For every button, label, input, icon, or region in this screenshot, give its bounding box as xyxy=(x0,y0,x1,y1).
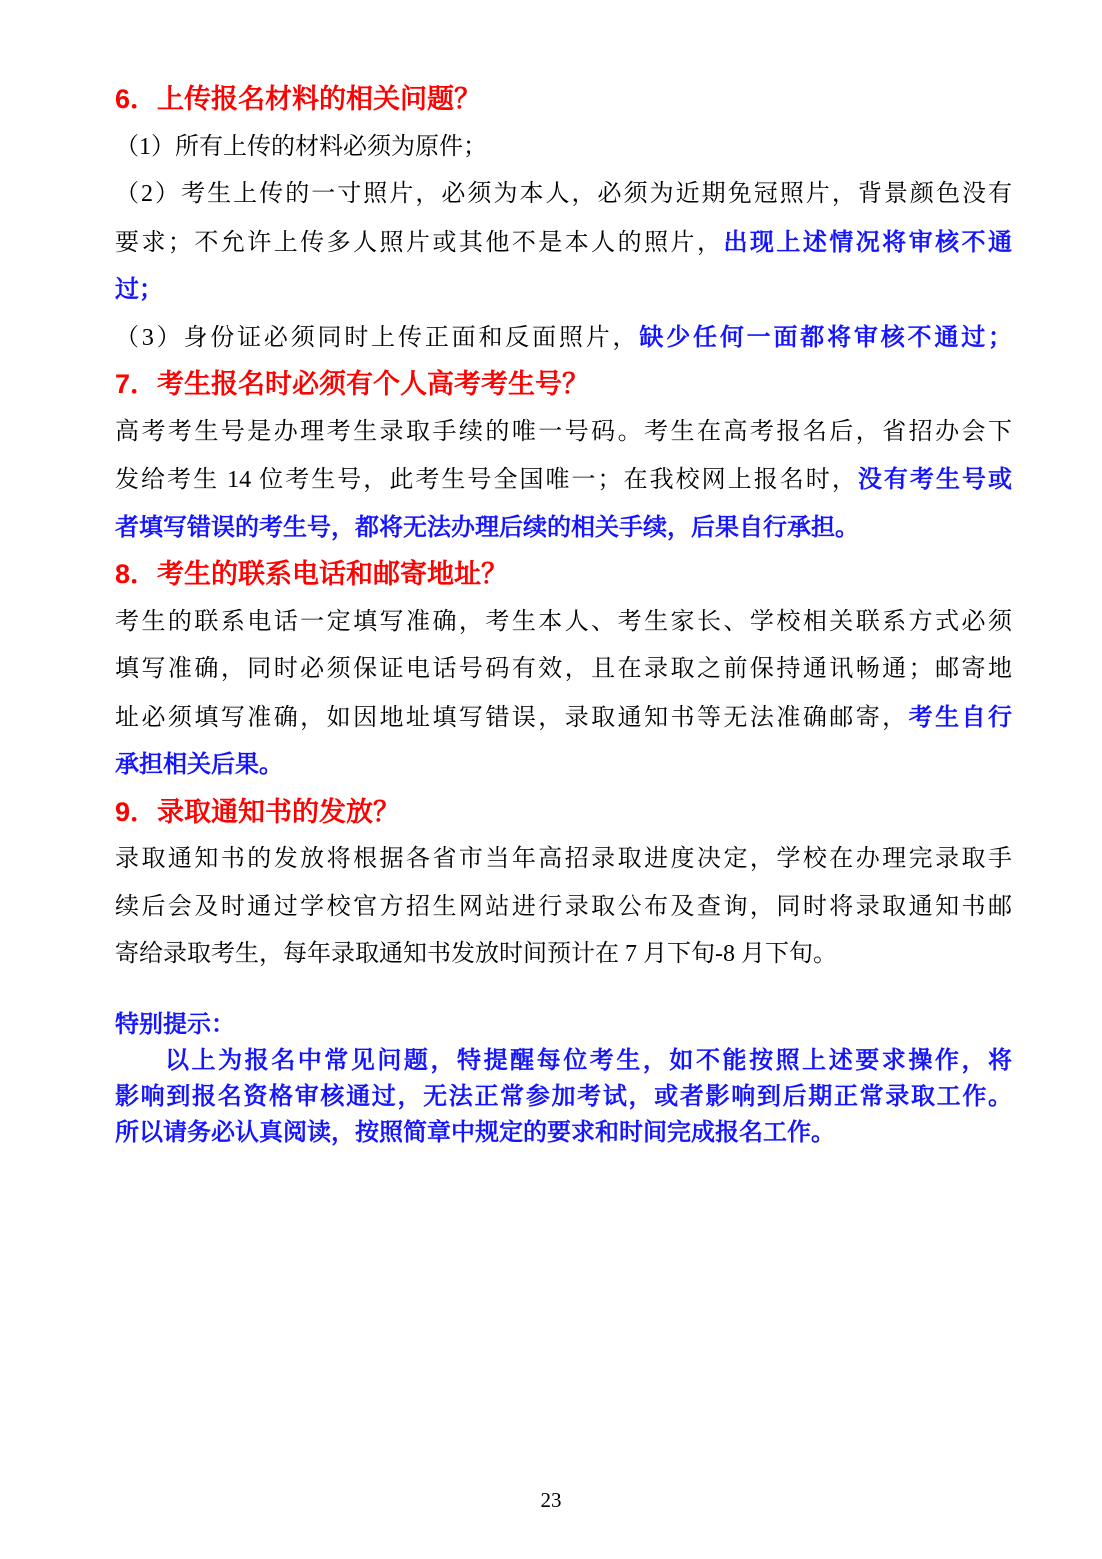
question-7-heading: 7．考生报名时必须有个人高考考生号？ xyxy=(115,361,1012,409)
q6-item-3-text: （3）身份证必须同时上传正面和反面照片， xyxy=(115,325,639,351)
q6-item-2-line-1: （2）考生上传的一寸照片，必须为本人，必须为近期免冠照片，背景颜色没有 xyxy=(115,171,1012,219)
q9-line-1: 录取通知书的发放将根据各省市当年高招录取进度决定，学校在办理完录取手 xyxy=(115,836,1012,884)
faq-content: 6．上传报名材料的相关问题？ （1）所有上传的材料必须为原件； （2）考生上传的… xyxy=(115,76,1012,979)
special-notice-line-3: 所以请务必认真阅读，按照简章中规定的要求和时间完成报名工作。 xyxy=(115,1115,1012,1151)
document-page: 6．上传报名材料的相关问题？ （1）所有上传的材料必须为原件； （2）考生上传的… xyxy=(0,0,1102,1559)
q8-line-3-emphasis: 考生自行 xyxy=(909,704,1012,731)
q9-line-3: 寄给录取考生，每年录取通知书发放时间预计在 7 月下旬-8 月下旬。 xyxy=(115,931,1012,979)
q7-line-2-emphasis: 没有考生号或 xyxy=(858,466,1012,493)
special-notice-line-2: 影响到报名资格审核通过，无法正常参加考试，或者影响到后期正常录取工作。 xyxy=(115,1079,1012,1115)
q7-line-2-text: 发给考生 14 位考生号，此考生号全国唯一；在我校网上报名时， xyxy=(115,467,858,493)
q6-item-2-line-3-emphasis: 过； xyxy=(115,266,1012,314)
q9-line-2: 续后会及时通过学校官方招生网站进行录取公布及查询，同时将录取通知书邮 xyxy=(115,884,1012,932)
q8-line-2: 填写准确，同时必须保证电话号码有效，且在录取之前保持通讯畅通；邮寄地 xyxy=(115,646,1012,694)
q6-item-3-emphasis: 缺少任何一面都将审核不通过； xyxy=(639,324,1012,351)
q8-line-3: 址必须填写准确，如因地址填写错误，录取通知书等无法准确邮寄，考生自行 xyxy=(115,694,1012,742)
q8-line-1: 考生的联系电话一定填写准确，考生本人、考生家长、学校相关联系方式必须 xyxy=(115,599,1012,647)
special-notice-title: 特别提示： xyxy=(115,1007,1012,1043)
q7-line-1: 高考考生号是办理考生录取手续的唯一号码。考生在高考报名后，省招办会下 xyxy=(115,409,1012,457)
q7-line-3-emphasis: 者填写错误的考生号，都将无法办理后续的相关手续，后果自行承担。 xyxy=(115,504,1012,552)
question-8-heading: 8．考生的联系电话和邮寄地址？ xyxy=(115,551,1012,599)
special-notice-line-1: 以上为报名中常见问题，特提醒每位考生，如不能按照上述要求操作，将 xyxy=(115,1043,1012,1079)
q6-item-1: （1）所有上传的材料必须为原件； xyxy=(115,124,1012,172)
q7-line-2: 发给考生 14 位考生号，此考生号全国唯一；在我校网上报名时，没有考生号或 xyxy=(115,456,1012,504)
q8-line-4-emphasis: 承担相关后果。 xyxy=(115,741,1012,789)
question-9-heading: 9．录取通知书的发放？ xyxy=(115,789,1012,837)
q6-item-2-line-2: 要求；不允许上传多人照片或其他不是本人的照片，出现上述情况将审核不通 xyxy=(115,219,1012,267)
page-number: 23 xyxy=(0,1488,1102,1513)
q6-item-2-line-2-emphasis: 出现上述情况将审核不通 xyxy=(723,229,1012,256)
special-notice: 特别提示： 以上为报名中常见问题，特提醒每位考生，如不能按照上述要求操作，将 影… xyxy=(115,1007,1012,1151)
q8-line-3-text: 址必须填写准确，如因地址填写错误，录取通知书等无法准确邮寄， xyxy=(115,705,909,731)
q6-item-3: （3）身份证必须同时上传正面和反面照片，缺少任何一面都将审核不通过； xyxy=(115,314,1012,362)
question-6-heading: 6．上传报名材料的相关问题？ xyxy=(115,76,1012,124)
q6-item-2-line-2-text: 要求；不允许上传多人照片或其他不是本人的照片， xyxy=(115,230,723,256)
